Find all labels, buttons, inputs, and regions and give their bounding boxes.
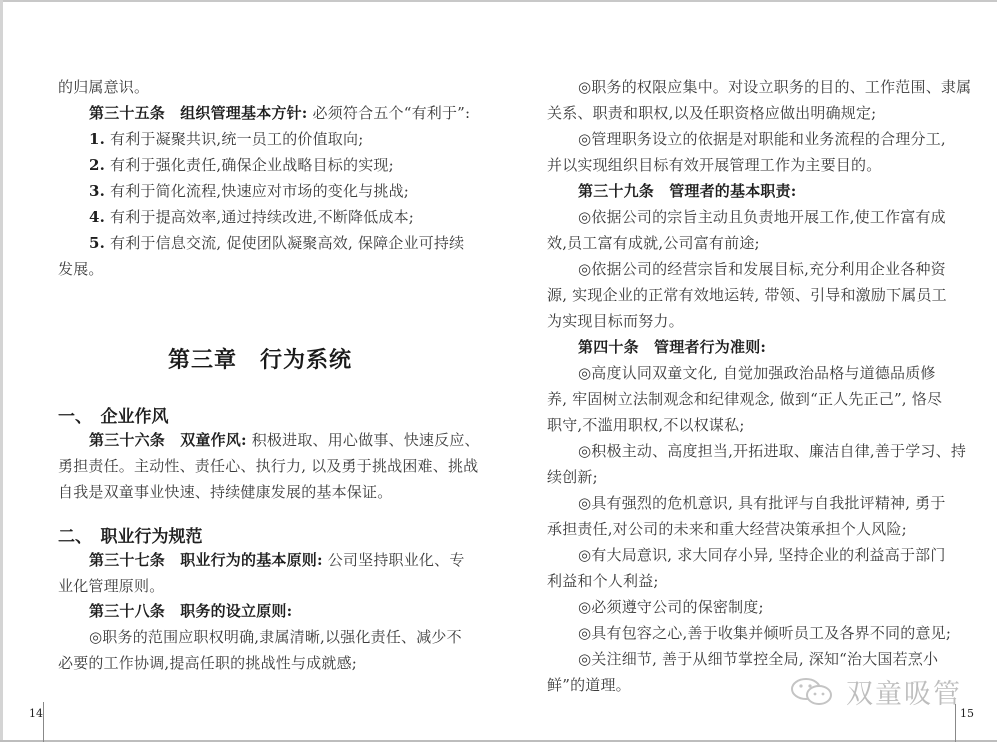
text-line: ◎管理职务设立的依据是对职能和业务流程的合理分工, [547, 129, 946, 149]
text-line: ◎高度认同双童文化, 自觉加强政治品格与道德品质修 [547, 363, 936, 383]
section-title-2: 二、 职业行为规范 [58, 522, 203, 547]
text-line: ◎必须遵守公司的保密制度; [547, 597, 764, 617]
text-line: ◎具有包容之心,善于收集并倾听员工及各界不同的意见; [547, 623, 951, 643]
article-40-heading: 第四十条 管理者行为准则: [547, 337, 766, 357]
text-line: ◎职务的权限应集中。对设立职务的目的、工作范围、隶属 [547, 77, 971, 97]
text-line: 的归属意识。 [58, 77, 149, 97]
text-line: 关系、职责和职权,以及任职资格应做出明确规定; [547, 103, 876, 123]
text-line: ◎职务的范围应职权明确,隶属清晰,以强化责任、减少不 [58, 627, 462, 647]
watermark: 双童吸管 [790, 672, 962, 711]
article-39-heading: 第三十九条 管理者的基本职责: [547, 181, 797, 201]
text-line: 职守,不滥用职权,不以权谋私; [547, 415, 745, 435]
list-item-3: 3. 有利于简化流程,快速应对市场的变化与挑战; [58, 181, 409, 201]
text-line: 勇担责任。主动性、责任心、执行力, 以及勇于挑战困难、挑战 [58, 456, 478, 476]
text-line: 利益和个人利益; [547, 571, 659, 591]
left-page: 的归属意识。 第三十五条 组织管理基本方针: 必须符合五个“有利于”: 1. 有… [58, 0, 470, 742]
text-line: 发展。 [58, 259, 104, 279]
list-item-1: 1. 有利于凝聚共识,统一员工的价值取向; [58, 129, 363, 149]
list-item-2: 2. 有利于强化责任,确保企业战略目标的实现; [58, 155, 394, 175]
text-line: ◎具有强烈的危机意识, 具有批评与自我批评精神, 勇于 [547, 493, 946, 513]
text-line: 自我是双童事业快速、持续健康发展的基本保证。 [58, 482, 392, 502]
chapter-title: 第三章 行为系统 [168, 343, 352, 374]
text-line: ◎依据公司的宗旨主动且负责地开展工作,使工作富有成 [547, 207, 946, 227]
text-line: 承担责任,对公司的未来和重大经营决策承担个人风险; [547, 519, 907, 539]
text-line: ◎依据公司的经营宗旨和发展目标,充分利用企业各种资 [547, 259, 946, 279]
article-37: 第三十七条 职业行为的基本原则: 公司坚持职业化、专 [58, 550, 465, 570]
list-item-5: 5. 有利于信息交流, 促使团队凝聚高效, 保障企业可持续 [58, 233, 464, 253]
article-35-heading: 第三十五条 组织管理基本方针: 必须符合五个“有利于”: [58, 103, 470, 123]
page-margin-line-right [955, 704, 956, 742]
text-line: 续创新; [547, 467, 598, 487]
watermark-text: 双童吸管 [846, 672, 962, 711]
text-line: 业化管理原则。 [58, 576, 164, 596]
list-item-4: 4. 有利于提高效率,通过持续改进,不断降低成本; [58, 207, 414, 227]
article-36: 第三十六条 双童作风: 积极进取、用心做事、快速反应、 [58, 430, 480, 450]
right-page: ◎职务的权限应集中。对设立职务的目的、工作范围、隶属 关系、职责和职权,以及任职… [547, 0, 967, 742]
section-title-1: 一、 企业作风 [58, 402, 169, 427]
text-line: ◎积极主动、高度担当,开拓进取、廉洁自律,善于学习、持 [547, 441, 966, 461]
text-line: ◎有大局意识, 求大同存小异, 坚持企业的利益高于部门 [547, 545, 946, 565]
text-line: 为实现目标而努力。 [547, 311, 684, 331]
text-line: 养, 牢固树立法制观念和纪律观念, 做到“正人先正己”, 恪尽 [547, 389, 942, 409]
text-line: 鲜”的道理。 [547, 675, 631, 695]
page-number-right: 15 [960, 707, 974, 720]
text-line: ◎关注细节, 善于从细节掌控全局, 深知“治大国若烹小 [547, 649, 938, 669]
text-line: 并以实现组织目标有效开展管理工作为主要目的。 [547, 155, 881, 175]
text-line: 源, 实现企业的正常有效地运转, 带领、引导和激励下属员工 [547, 285, 947, 305]
wechat-icon [790, 677, 834, 707]
article-38-heading: 第三十八条 职务的设立原则: [58, 601, 292, 621]
left-edge-border [0, 0, 3, 742]
page-number-left: 14 [29, 707, 43, 720]
text-line: 必要的工作协调,提高任职的挑战性与成就感; [58, 653, 357, 673]
page-margin-line-left [43, 702, 44, 742]
text-line: 效,员工富有成就,公司富有前途; [547, 233, 760, 253]
